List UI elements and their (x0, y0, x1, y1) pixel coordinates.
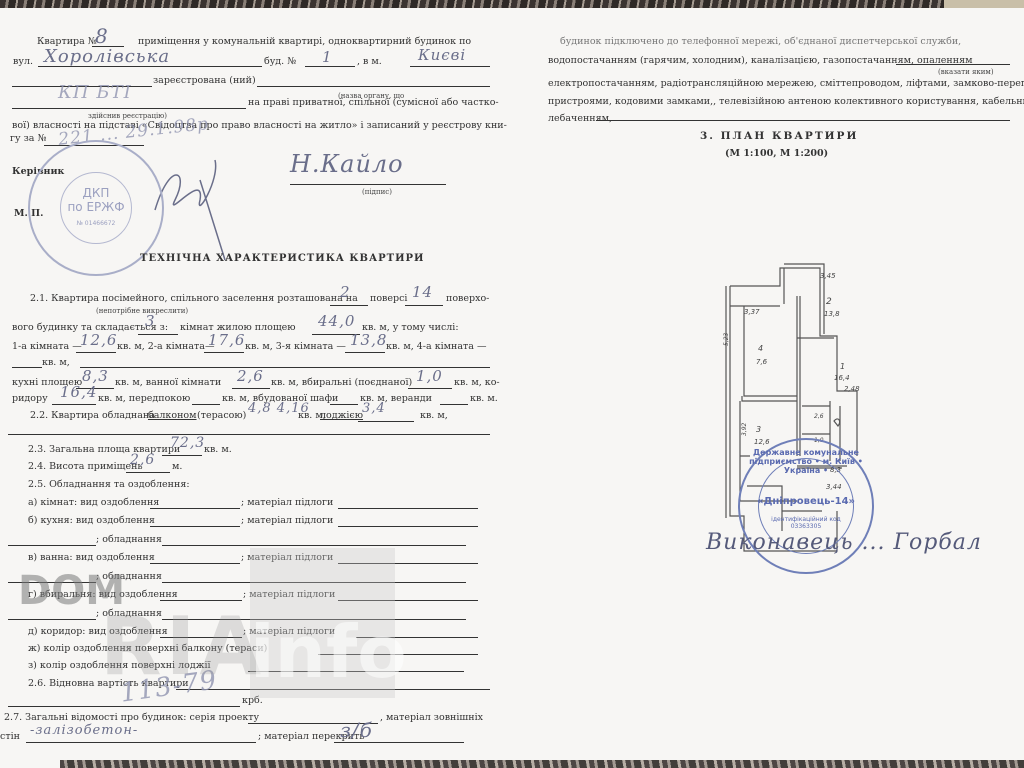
room-1-no: 1 (840, 362, 845, 371)
wc-label: кв. м, вбиральні (поєднаної) (271, 377, 412, 389)
street-value: Хоролівська (44, 46, 170, 67)
s25b-floor: ; матеріал підлоги (241, 515, 333, 527)
s25f-label: ж) колір оздоблення поверхні балкону (те… (28, 643, 267, 655)
registered-label: зареєстрована (ний) (153, 75, 256, 87)
s25b-label: б) кухня: вид оздоблення (28, 515, 155, 527)
head-signature: Н.Кайло (290, 150, 404, 178)
s21-text-a: 2.1. Квартира посімейного, спільного зас… (30, 293, 358, 305)
s21-text-b: поверсі (370, 293, 407, 305)
s22-loggia: лоджією (320, 410, 363, 422)
building-label: буд. № (264, 56, 296, 68)
s22-text-d: кв. м, (420, 410, 448, 422)
room-3-no: 3 (756, 425, 761, 434)
room3-area: 13,8 (350, 331, 387, 349)
dim-392: 3,92 (741, 422, 748, 436)
s23-unit: кв. м. (204, 444, 232, 456)
s21-note: (непотрібне викреслити) (96, 305, 188, 317)
services-text-5: лебаченням, (548, 113, 612, 125)
s25d-label: г) вбиральня: вид оздоблення (28, 589, 178, 601)
s22-text-b: (терасою) (197, 410, 246, 422)
s21-living-area: 44,0 (318, 312, 355, 330)
services-text-3: електропостачанням, радіотрансляційною м… (548, 78, 1024, 90)
plan-scale: (М 1:100, М 1:200) (725, 148, 828, 160)
dim-345: 3,45 (820, 272, 836, 280)
room4-label: кв. м, 4-а кімната — (386, 341, 487, 353)
room-2-no: 2 (826, 297, 832, 307)
s27-walls-label: , матеріал зовнішніх (380, 712, 483, 724)
room-3-area: 12,6 (754, 438, 770, 446)
city-value: Києві (418, 46, 466, 64)
plan-title: 3. ПЛАН КВАРТИРИ (700, 130, 858, 142)
ceiling-material: з/б (340, 718, 373, 742)
s24-unit: м. (172, 461, 182, 473)
total-area: 72,3 (170, 435, 205, 451)
corridor-area: 16,4 (60, 383, 97, 401)
walls-material: -залізобетон- (30, 723, 138, 738)
s25-title: 2.5. Обладнання та оздоблення: (28, 479, 190, 491)
services-text-4: пристроями, кодовими замками,, телевізій… (548, 96, 1024, 108)
s21-text-c: поверхо- (446, 293, 489, 305)
wc-area: 1,0 (416, 367, 443, 385)
room-1-area: 16,4 (834, 374, 850, 382)
executor-signature: Виконавець ... Горбал (706, 530, 982, 555)
dim-bath: 2,6 (814, 413, 824, 420)
s22-loggia-area: 3,4 (362, 401, 386, 416)
room-4-no: 4 (758, 344, 763, 353)
watermark-box (250, 548, 395, 698)
hall-label: кв. м, передпокою (98, 393, 190, 405)
bath-label: кв. м, ванної кімнати (115, 377, 221, 389)
dim-337: 3,37 (744, 308, 760, 316)
sign-note: (підпис) (362, 186, 392, 198)
s25d-equip: ; обладнання (96, 608, 162, 620)
s25c-equip: ; обладнання (96, 571, 162, 583)
s23-label: 2.3. Загальна площа квартири (28, 444, 180, 456)
veranda-unit: кв. м. (470, 393, 498, 405)
corridor-label: кв. м, ко- (454, 377, 500, 389)
s25a-label: а) кімнат: вид оздоблення (28, 497, 159, 509)
services-text-2: водопостачанням (гарячим, холодним), кан… (548, 55, 972, 67)
s25e-label: д) коридор: вид оздоблення (28, 626, 168, 638)
s22-text-a: 2.2. Квартира обладнана (30, 410, 155, 422)
registration-organ: КП БТІ (58, 82, 132, 103)
s21-floors-total: 14 (412, 283, 433, 301)
room3-label: кв. м, 3-я кімната — (245, 341, 346, 353)
registry-label: гу за № (10, 133, 46, 145)
dim-523: 5,23 (723, 332, 730, 346)
s21-floor: 2 (340, 283, 351, 301)
s21-rooms: 3 (145, 312, 156, 330)
section-title-technical: ТЕХНІЧНА ХАРАКТЕРИСТИКА КВАРТИРИ (140, 253, 425, 265)
room4-unit: кв. м, (42, 357, 70, 369)
s25a-floor: ; матеріал підлоги (241, 497, 333, 509)
s25c-label: в) ванна: вид оздоблення (28, 552, 155, 564)
room2-label: кв. м, 2-а кімната— (117, 341, 214, 353)
bath-area: 2,6 (237, 367, 264, 385)
services-note: (вказати яким) (938, 66, 994, 78)
city-label: , в м. (357, 56, 382, 68)
room1-area: 12,6 (80, 331, 117, 349)
services-text-1: будинок підключено до телефонної мережі,… (560, 36, 961, 48)
room1-label: 1-а кімната — (12, 341, 82, 353)
s22-balcony: балконом (148, 410, 197, 422)
s27-walls-label2: стін (0, 731, 20, 743)
ownership-text: на праві приватної, спільної (сумісної а… (248, 97, 499, 109)
corridor-prefix: ридору (12, 393, 48, 405)
ceiling-height: 2,6 (130, 452, 155, 468)
room-4-area: 7,6 (756, 358, 768, 366)
dim-248: 2,48 (844, 385, 860, 393)
room-2-area: 13,8 (824, 310, 840, 318)
room2-area: 17,6 (208, 331, 245, 349)
s25b-equip: ; обладнання (96, 534, 162, 546)
building-number: 1 (322, 48, 333, 66)
street-label: вул. (13, 56, 33, 68)
apt-number: 8 (95, 24, 109, 48)
